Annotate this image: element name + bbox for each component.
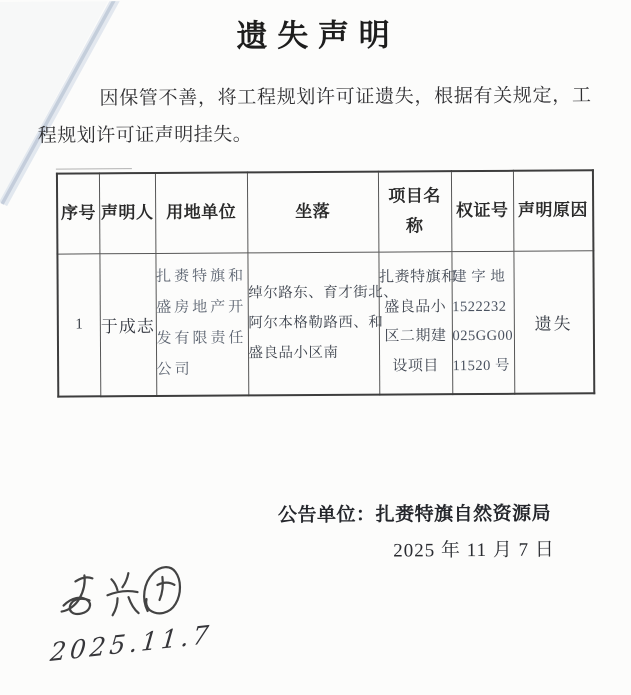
col-header-no: 序号	[57, 173, 99, 253]
col-header-land-user: 用地单位	[155, 172, 247, 253]
col-header-declarant: 声明人	[99, 173, 155, 253]
document-title: 遗 失 声 明	[0, 8, 629, 57]
cell-certificate-no: 建 字 地 1522232 025GG00 11520 号	[451, 251, 514, 394]
cell-declarant: 于成志	[99, 253, 156, 396]
scanned-document-page: 遗 失 声 明 因保管不善，将工程规划许可证遗失，根据有关规定，工程规划许可证声…	[0, 0, 631, 695]
table-row: 1 于成志 扎赉特旗和 盛房地产开 发有限责任 公司 绰尔路东、育才街北、 阿尔…	[57, 250, 594, 396]
document-sheet: 遗 失 声 明 因保管不善，将工程规划许可证遗失，根据有关规定，工程规划许可证声…	[0, 0, 631, 695]
declaration-paragraph: 因保管不善，将工程规划许可证遗失，根据有关规定，工程规划许可证声明挂失。	[37, 77, 591, 154]
footer-issuer-line: 公告单位：扎赉特旗自然资源局	[278, 499, 551, 528]
cell-project-name: 扎赉特旗和 盛良品小 区二期建 设项目	[378, 251, 452, 394]
cell-land-user: 扎赉特旗和 盛房地产开 发有限责任 公司	[155, 252, 248, 396]
table-header-row: 序号 声明人 用地单位 坐落 项目名 称 权证号 声明原因	[57, 170, 593, 253]
scan-line-artifact	[56, 168, 132, 169]
col-header-project-name: 项目名 称	[378, 171, 451, 251]
col-header-certificate-no: 权证号	[451, 171, 513, 251]
cell-location: 绰尔路东、育才街北、 阿尔本格勒路西、和 盛良品小区南	[247, 252, 379, 396]
col-header-reason: 声明原因	[513, 170, 593, 250]
cell-reason: 遗失	[513, 250, 594, 393]
cell-no: 1	[57, 253, 100, 396]
footer-date: 2025 年 11 月 7 日	[393, 535, 555, 563]
issuer-label: 公告单位：	[278, 505, 376, 527]
loss-declaration-table: 序号 声明人 用地单位 坐落 项目名 称 权证号 声明原因 1 于成志 扎赉特旗…	[56, 169, 595, 397]
issuer-name: 扎赉特旗自然资源局	[375, 504, 551, 526]
col-header-location: 坐落	[247, 172, 378, 253]
